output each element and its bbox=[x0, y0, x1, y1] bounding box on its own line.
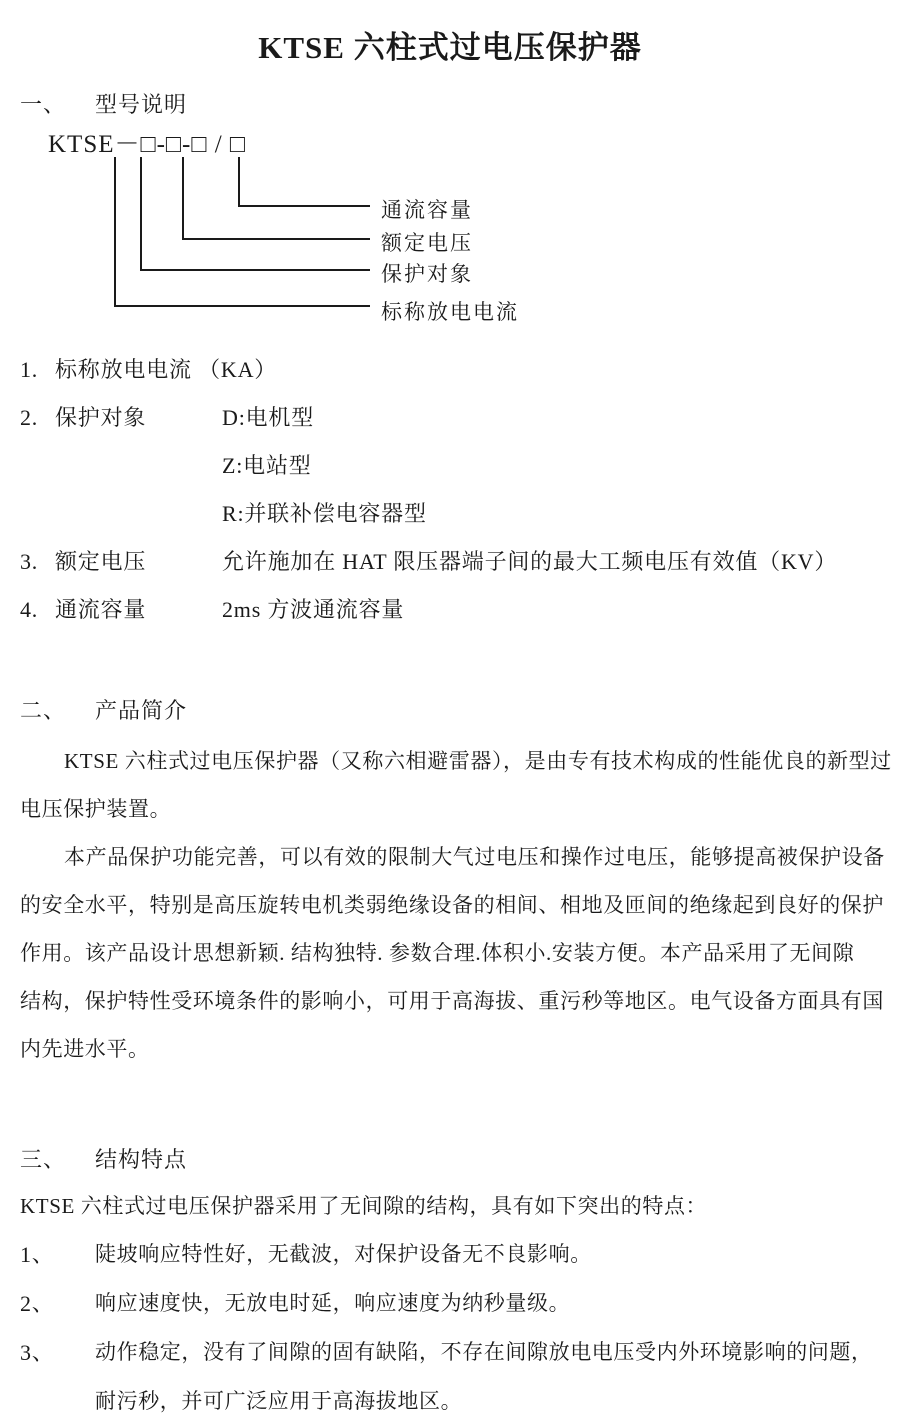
branch-label-current-capacity: 通流容量 bbox=[381, 194, 473, 224]
para-line: 电压保护装置。 bbox=[20, 793, 171, 823]
spec-row-number: 2. bbox=[20, 405, 55, 431]
spec-row-term: 通流容量 bbox=[55, 593, 146, 624]
model-designation: KTSE－□-□-□ / □ bbox=[48, 124, 246, 160]
page-title: KTSE 六柱式过电压保护器 bbox=[0, 22, 900, 67]
document-page: KTSE 六柱式过电压保护器 一、型号说明 KTSE－□-□-□ / □ 通流容… bbox=[0, 0, 900, 1425]
section-2-title: 产品简介 bbox=[95, 698, 187, 723]
feature-number: 2、 bbox=[20, 1287, 55, 1318]
para-line: 内先进水平。 bbox=[20, 1033, 150, 1063]
spec-row: 2.保护对象 D:电机型 bbox=[20, 401, 146, 432]
spec-row-desc: 允许施加在 HAT 限压器端子间的最大工频电压有效值（KV） bbox=[222, 545, 837, 576]
branch-label-nominal-discharge-current: 标称放电电流 bbox=[381, 296, 519, 326]
spec-row-desc: D:电机型 bbox=[222, 401, 314, 432]
spec-row-term: 标称放电电流 （KA） bbox=[55, 353, 277, 384]
feature-text: 陡坡响应特性好，无截波，对保护设备无不良影响。 bbox=[95, 1238, 592, 1268]
section-3-number: 三、 bbox=[20, 1143, 95, 1174]
features-intro: KTSE 六柱式过电压保护器采用了无间隙的结构，具有如下突出的特点： bbox=[20, 1190, 707, 1220]
feature-text: 动作稳定，没有了间隙的固有缺陷，不存在间隙放电电压受内外环境影响的问题， bbox=[95, 1336, 873, 1366]
para-line: 作用。该产品设计思想新颖. 结构独特. 参数合理.体积小.安装方便。本产品采用了… bbox=[20, 937, 854, 967]
para-line: 结构，保护特性受环境条件的影响小，可用于高海拔、重污秒等地区。电气设备方面具有国 bbox=[20, 985, 884, 1015]
spec-row: R:并联补偿电容器型 bbox=[20, 497, 55, 523]
spec-row-desc: R:并联补偿电容器型 bbox=[222, 497, 427, 528]
spec-row: 1.标称放电电流 （KA） bbox=[20, 353, 277, 384]
para-line: 本产品保护功能完善，可以有效的限制大气过电压和操作过电压，能够提高被保护设备 bbox=[64, 841, 885, 871]
para-line: 的安全水平，特别是高压旋转电机类弱绝缘设备的相间、相地及匝间的绝缘起到良好的保护 bbox=[20, 889, 884, 919]
spec-row-number: 3. bbox=[20, 549, 55, 575]
section-1-number: 一、 bbox=[20, 88, 95, 119]
section-2-heading: 二、产品简介 bbox=[20, 694, 187, 725]
spec-row-desc: 2ms 方波通流容量 bbox=[222, 593, 404, 624]
feature-text-continuation: 耐污秒，并可广泛应用于高海拔地区。 bbox=[95, 1385, 462, 1415]
section-1-title: 型号说明 bbox=[95, 92, 187, 117]
spec-row: Z:电站型 bbox=[20, 449, 55, 475]
spec-row-term: 额定电压 bbox=[55, 545, 146, 576]
section-3-heading: 三、结构特点 bbox=[20, 1143, 187, 1174]
spec-row-term: 保护对象 bbox=[55, 401, 146, 432]
branch-label-rated-voltage: 额定电压 bbox=[381, 227, 473, 257]
spec-row: 3.额定电压 允许施加在 HAT 限压器端子间的最大工频电压有效值（KV） bbox=[20, 545, 146, 576]
branch-label-protected-object: 保护对象 bbox=[381, 258, 473, 288]
feature-number: 1、 bbox=[20, 1238, 55, 1269]
section-1-heading: 一、型号说明 bbox=[20, 88, 187, 119]
spec-row-desc: Z:电站型 bbox=[222, 449, 312, 480]
spec-row: 4.通流容量 2ms 方波通流容量 bbox=[20, 593, 146, 624]
section-2-number: 二、 bbox=[20, 694, 95, 725]
spec-row-number: 1. bbox=[20, 357, 55, 383]
feature-number: 3、 bbox=[20, 1336, 55, 1367]
spec-row-number: 4. bbox=[20, 597, 55, 623]
section-3-title: 结构特点 bbox=[95, 1147, 187, 1172]
para-line: KTSE 六柱式过电压保护器（又称六相避雷器），是由专有技术构成的性能优良的新型… bbox=[64, 745, 892, 775]
feature-text: 响应速度快，无放电时延，响应速度为纳秒量级。 bbox=[95, 1287, 570, 1317]
branch-line-nominal-discharge-current bbox=[114, 157, 370, 307]
